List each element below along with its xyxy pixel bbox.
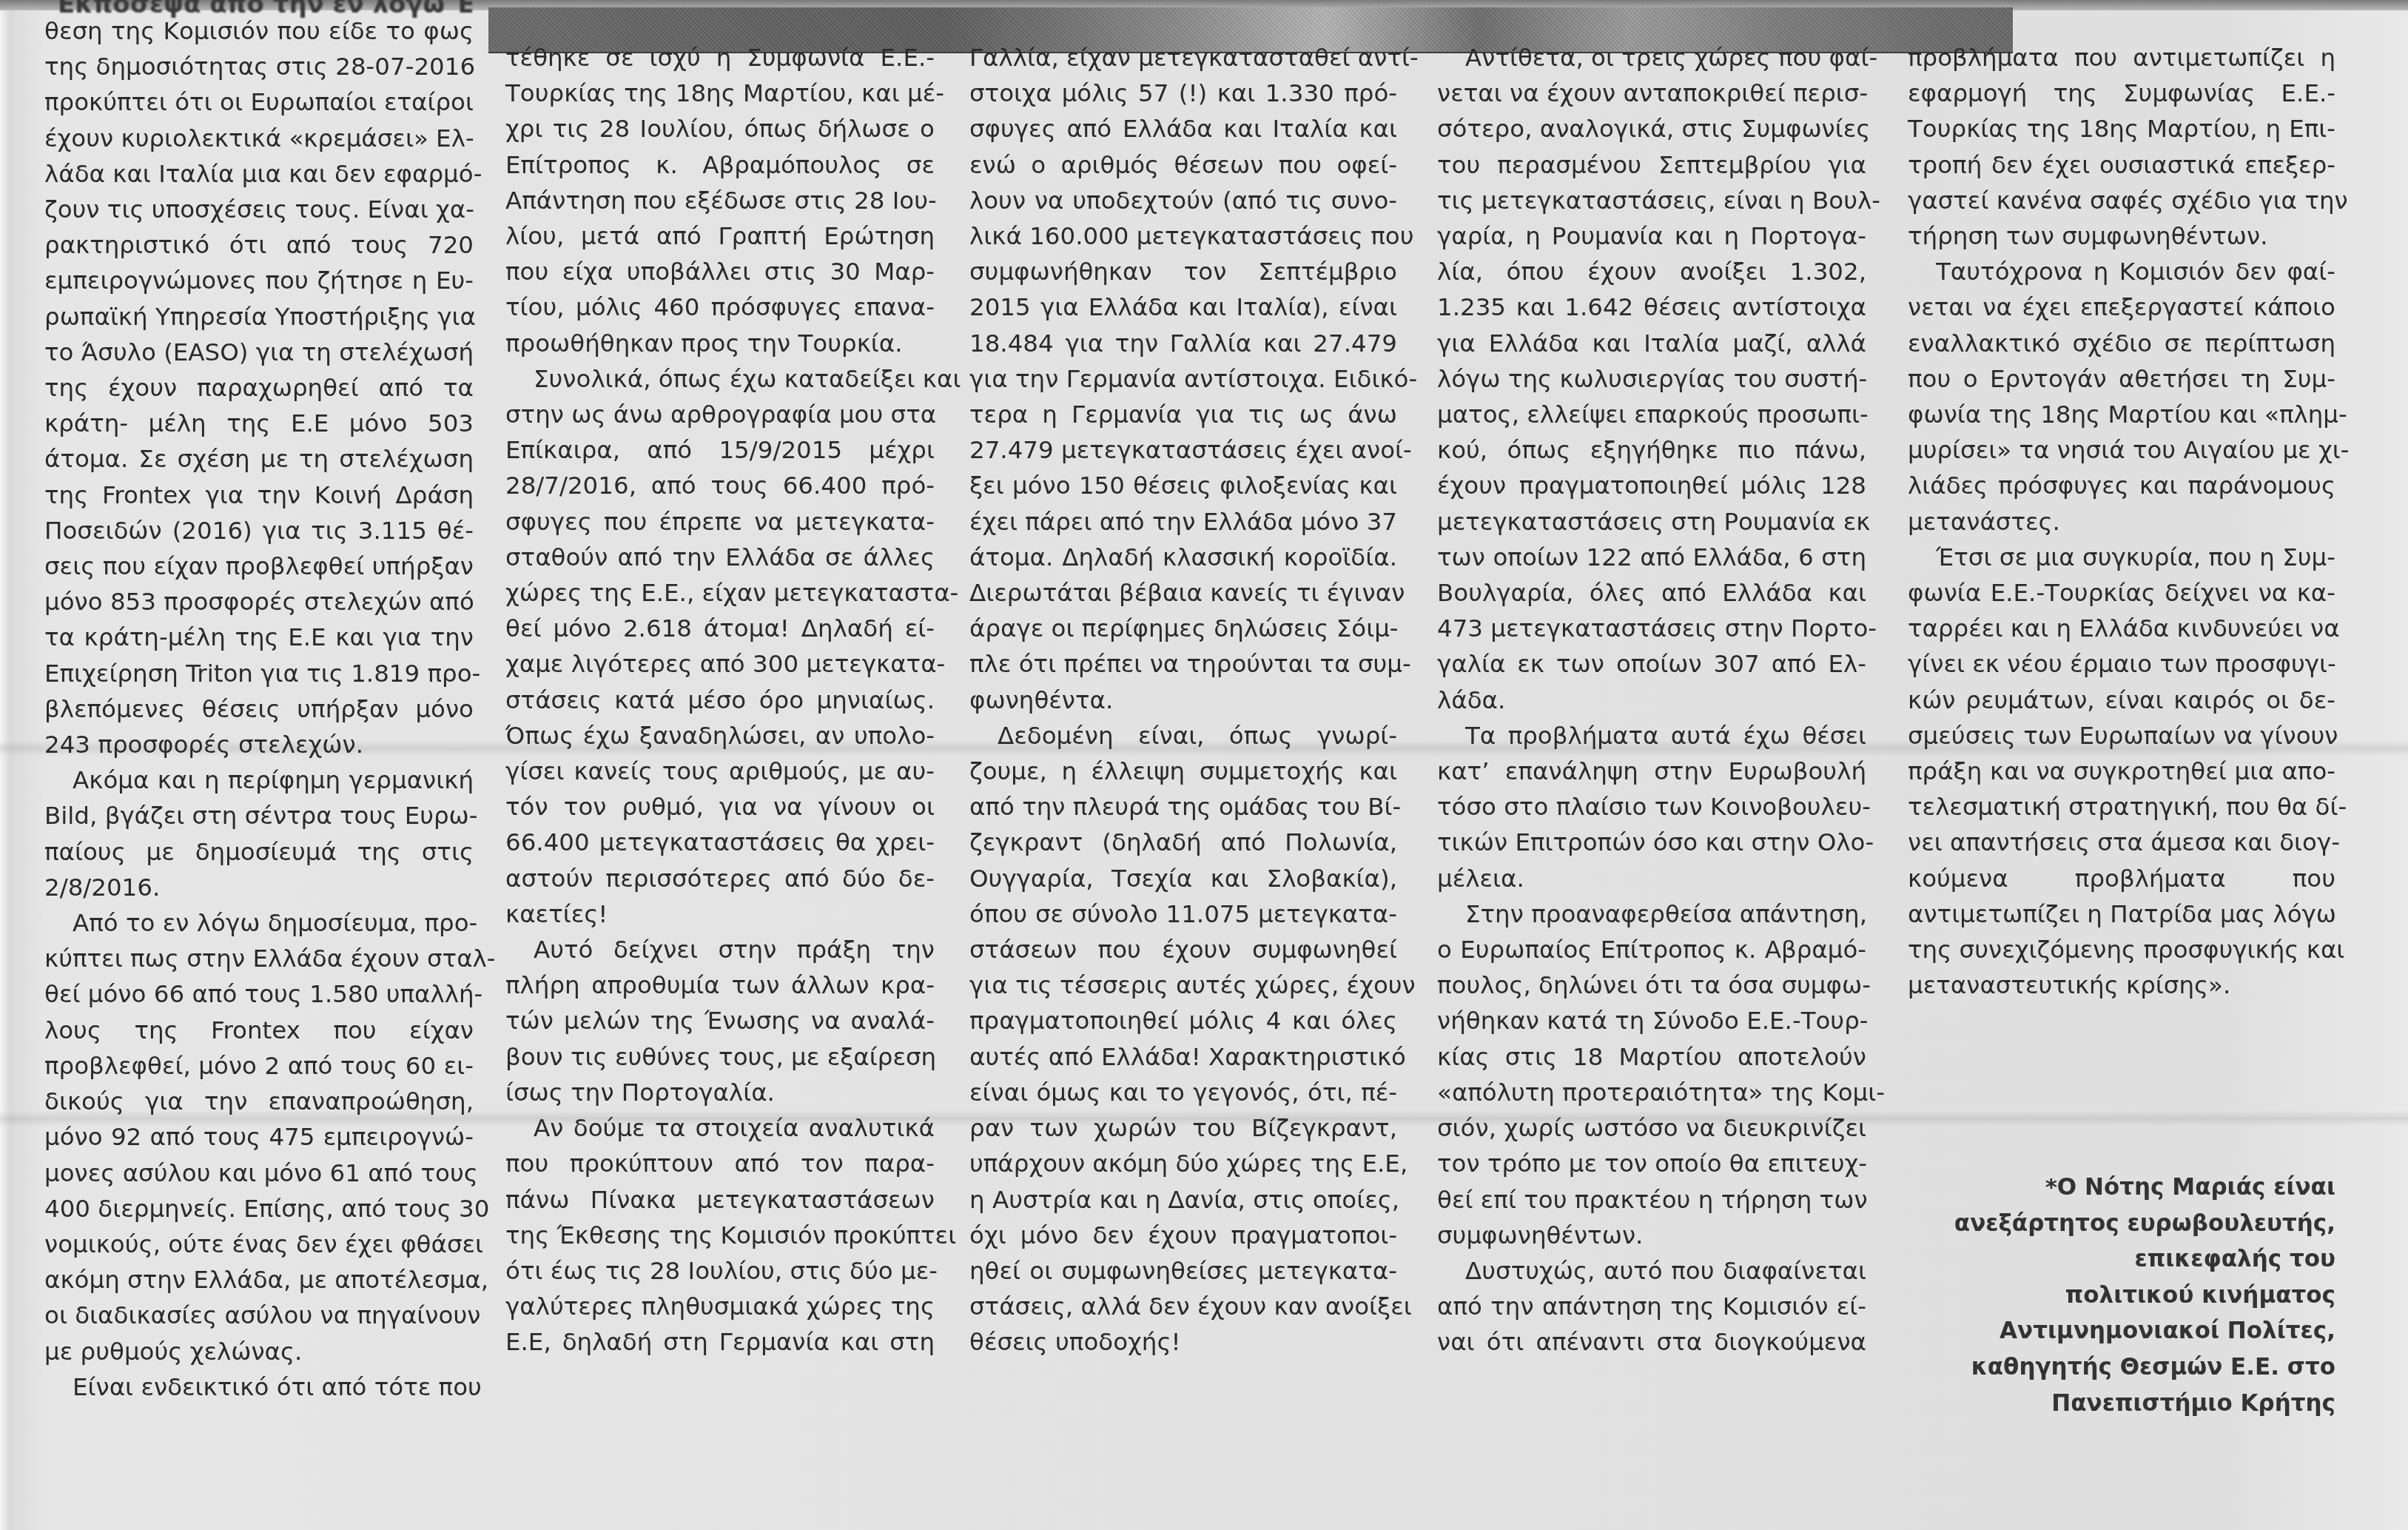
article-line: νεται να έχει επεξεργαστεί κάποιο <box>1908 289 2335 325</box>
article-line: βουν τις ευθύνες τους, με εξαίρεση <box>505 1039 935 1075</box>
article-line: ρακτηριστικό ότι από τους 720 <box>44 227 474 263</box>
article-line: τήρηση των συμφωνηθέντων. <box>1908 218 2335 254</box>
article-line: κών ρευμάτων, είναι καιρός οι δε- <box>1908 682 2335 718</box>
article-line: στάσεων που έχουν συμφωνηθεί <box>969 932 1397 967</box>
article-paragraph: τέθηκε σε ισχύ η Συμφωνία Ε.Ε.-Τουρκίας … <box>505 40 935 361</box>
article-line: ζουν τις υποσχέσεις τους. Είναι χα- <box>44 192 474 227</box>
article-line: μόνο 853 προσφορές στελεχών από <box>44 584 474 620</box>
article-line: θεί επί του πρακτέου η τήρηση των <box>1437 1182 1866 1218</box>
article-line: γίσει κανείς τους αριθμούς, με αυ- <box>505 754 935 789</box>
article-column-5: προβλήματα που αντιμετωπίζει ηεφαρμογή τ… <box>1908 40 2335 1003</box>
article-line: σφυγες που έπρεπε να μετεγκατα- <box>505 504 935 540</box>
author-bio-line: Πανεπιστήμιο Κρήτης <box>1908 1386 2335 1422</box>
article-line: κύπτει πως στην Ελλάδα έχουν σταλ- <box>44 941 474 976</box>
article-line: βλεπόμενες θέσεις υπήρξαν μόνο <box>44 691 474 727</box>
article-line: τίου, μόλις 460 πρόσφυγες επανα- <box>505 289 935 325</box>
article-line: κούμενα προβλήματα που <box>1908 861 2335 896</box>
article-line: ζουμε, η έλλειψη συμμετοχής και <box>969 754 1397 789</box>
article-line: λουν να υποδεχτούν (από τις συνο- <box>969 183 1397 218</box>
article-line: γίνει εκ νέου έρμαιο των προσφυγι- <box>1908 646 2335 682</box>
author-bio-line: καθηγητής Θεσμών Ε.Ε. στο <box>1908 1349 2335 1386</box>
article-line: λιάδες πρόσφυγες και παράνομους <box>1908 468 2335 503</box>
article-line: άραγε οι περίφημες δηλώσεις Σόιμ- <box>969 611 1397 646</box>
article-line: Διερωτάται βέβαια κανείς τι έγιναν <box>969 575 1397 611</box>
article-paragraph: Γαλλία, είχαν μετεγκατασταθεί αντί-στοιχ… <box>969 40 1397 718</box>
article-line: της συνεχιζόμενης προσφυγικής και <box>1908 932 2335 967</box>
article-line: τροπή δεν έχει ουσιαστικά επεξερ- <box>1908 147 2335 183</box>
article-line: σμεύσεις των Ευρωπαίων να γίνουν <box>1908 718 2335 754</box>
article-line: ίσως την Πορτογαλία. <box>505 1075 935 1110</box>
article-paragraph: Στην προαναφερθείσα απάντηση,ο Ευρωπαίος… <box>1437 896 1866 1253</box>
article-line: για Ελλάδα και Ιταλία μαζί, αλλά <box>1437 326 1866 361</box>
article-line: Επίκαιρα, από 15/9/2015 μέχρι <box>505 432 935 468</box>
article-line: πράξη και να συγκροτηθεί μια απο- <box>1908 754 2335 789</box>
article-line: Έτσι σε μια συγκυρία, που η Συμ- <box>1908 540 2335 575</box>
article-line: τερα η Γερμανία για τις ως άνω <box>969 397 1397 432</box>
article-line: του περασμένου Σεπτεμβρίου για <box>1437 147 1866 183</box>
article-line: Τα προβλήματα αυτά έχω θέσει <box>1437 718 1866 754</box>
article-line: για τις τέσσερις αυτές χώρες, έχουν <box>969 967 1397 1003</box>
article-line: τέθηκε σε ισχύ η Συμφωνία Ε.Ε.- <box>505 40 935 76</box>
article-line: λόγω της κωλυσιεργίας του συστή- <box>1437 361 1866 397</box>
article-line: Από το εν λόγω δημοσίευμα, προ- <box>44 905 474 941</box>
article-line: «απόλυτη προτεραιότητα» της Κομι- <box>1437 1075 1866 1110</box>
article-line: ρωπαϊκή Υπηρεσία Υποστήριξης για <box>44 299 474 335</box>
article-line: Ε.Ε, δηλαδή στη Γερμανία και στη <box>505 1324 935 1360</box>
article-line: 66.400 μετεγκαταστάσεις θα χρει- <box>505 825 935 860</box>
article-line: που είχα υποβάλλει στις 30 Μαρ- <box>505 254 935 289</box>
article-line: σιόν, χωρίς ωστόσο να διευκρινίζει <box>1437 1110 1866 1146</box>
article-line: 2/8/2016. <box>44 870 474 905</box>
article-paragraph: Έτσι σε μια συγκυρία, που η Συμ-φωνία Ε.… <box>1908 540 2335 1004</box>
article-paragraph: Είναι ενδεικτικό ότι από τότε που <box>44 1369 474 1405</box>
article-line: σφυγες από Ελλάδα και Ιταλία και <box>969 111 1397 147</box>
article-line: Στην προαναφερθείσα απάντηση, <box>1437 896 1866 932</box>
article-line: φωνία της 18ης Μαρτίου και «πλημ- <box>1908 397 2335 432</box>
article-line: πουλος, δηλώνει ότι τα όσα συμφω- <box>1437 967 1866 1003</box>
article-paragraph: Αν δούμε τα στοιχεία αναλυτικάπου προκύπ… <box>505 1110 935 1360</box>
article-paragraph: Δεδομένη είναι, όπως γνωρί-ζουμε, η έλλε… <box>969 718 1397 1360</box>
article-line: θεί μόνο 2.618 άτομα! Δηλαδή εί- <box>505 611 935 646</box>
article-line: δικούς για την επαναπροώθηση, <box>44 1084 474 1119</box>
article-column-3: Γαλλία, είχαν μετεγκατασταθεί αντί-στοιχ… <box>969 40 1397 1360</box>
article-line: προβλεφθεί, μόνο 2 από τους 60 ει- <box>44 1048 474 1084</box>
newspaper-page: Εκπόσεψα από την εν λόγω Έκ- θεση της Κο… <box>0 0 2408 1530</box>
article-line: 1.235 και 1.642 θέσεις αντίστοιχα <box>1437 289 1866 325</box>
article-line: Ποσειδών (2016) για τις 3.115 θέ- <box>44 513 474 548</box>
article-line: που ο Ερντογάν αθετήσει τη Συμ- <box>1908 361 2335 397</box>
article-column-1: θεση της Κομισιόν που είδε το φωςτης δημ… <box>44 13 474 1405</box>
article-line: Είναι ενδεικτικό ότι από τότε που <box>44 1369 474 1405</box>
article-line: στάσεις κατά μέσο όρο μηνιαίως. <box>505 682 935 718</box>
article-line: γαστεί κανένα σαφές σχέδιο για την <box>1908 183 2335 218</box>
article-line: Επιχείρηση Triton για τις 1.819 προ- <box>44 656 474 691</box>
article-line: Ακόμα και η περίφημη γερμανική <box>44 762 474 798</box>
article-line: που προκύπτουν από τον παρα- <box>505 1146 935 1181</box>
article-line: παίους με δημοσίευμά της στις <box>44 834 474 870</box>
article-paragraph: Ακόμα και η περίφημη γερμανικήBild, βγάζ… <box>44 762 474 905</box>
article-line: υπάρχουν ακόμη δύο χώρες της Ε.Ε, <box>969 1146 1397 1181</box>
article-line: 400 διερμηνείς. Επίσης, από τους 30 <box>44 1191 474 1227</box>
article-line: λία, όπου έχουν ανοίξει 1.302, <box>1437 254 1866 289</box>
article-line: πάνω Πίνακα μετεγκαταστάσεων <box>505 1182 935 1218</box>
article-line: εμπειρογνώμονες που ζήτησε η Ευ- <box>44 263 474 298</box>
article-line: Τουρκίας της 18ης Μαρτίου, η Επι- <box>1908 111 2335 147</box>
article-line: της έχουν παραχωρηθεί από τα <box>44 370 474 406</box>
article-line: καετίες! <box>505 896 935 932</box>
article-line: λους της Frontex που είχαν <box>44 1013 474 1048</box>
article-line: πλήρη απροθυμία των άλλων κρα- <box>505 967 935 1003</box>
article-line: ναι ότι απέναντι στα διογκούμενα <box>1437 1324 1866 1360</box>
article-line: άτομα. Σε σχέση με τη στελέχωση <box>44 441 474 477</box>
article-line: Δεδομένη είναι, όπως γνωρί- <box>969 718 1397 754</box>
article-paragraph: Από το εν λόγω δημοσίευμα, προ-κύπτει πω… <box>44 905 474 1369</box>
article-line: σότερο, αναλογικά, στις Συμφωνίες <box>1437 111 1866 147</box>
article-line: χαμε λιγότερες από 300 μετεγκατα- <box>505 646 935 682</box>
article-paragraph: Συνολικά, όπως έχω καταδείξει καιστην ως… <box>505 361 935 932</box>
article-line: κράτη- μέλη της Ε.Ε μόνο 503 <box>44 406 474 441</box>
article-line: συμφωνηθέντων. <box>1437 1218 1866 1253</box>
article-line: είναι όμως και το γεγονός, ότι, πέ- <box>969 1075 1397 1110</box>
author-bio: *Ο Νότης Μαριάς είναι ανεξάρτητος ευρωβο… <box>1908 1170 2335 1421</box>
article-line: κού, όπως εξηγήθηκε πιο πάνω, <box>1437 432 1866 468</box>
article-line: της δημοσιότητας στις 28-07-2016 <box>44 49 474 84</box>
article-line: έχουν κυριολεκτικά «κρεμάσει» Ελ- <box>44 121 474 156</box>
article-line: ο Ευρωπαίος Επίτροπος κ. Αβραμό- <box>1437 932 1866 967</box>
article-line: μέλεια. <box>1437 861 1866 896</box>
article-line: τελεσματική στρατηγική, που θα δί- <box>1908 789 2335 825</box>
article-line: ακόμη στην Ελλάδα, με αποτέλεσμα, <box>44 1262 474 1298</box>
article-line: φωνηθέντα. <box>969 682 1397 718</box>
article-line: Τουρκίας της 18ης Μαρτίου, και μέ- <box>505 76 935 111</box>
article-line: στάσεις, αλλά δεν έχουν καν ανοίξει <box>969 1289 1397 1324</box>
article-line: ραν των χωρών του Βίζεγκραντ, <box>969 1110 1397 1146</box>
article-line: τικών Επιτροπών όσο και στην Ολο- <box>1437 825 1866 860</box>
article-line: τις μετεγκαταστάσεις, είναι η Βουλ- <box>1437 183 1866 218</box>
article-line: κατ’ επανάληψη στην Ευρωβουλή <box>1437 754 1866 789</box>
article-line: προωθήθηκαν προς την Τουρκία. <box>505 326 935 361</box>
article-paragraph: Ταυτόχρονα η Κομισιόν δεν φαί-νεται να έ… <box>1908 254 2335 540</box>
article-line: της Έκθεσης της Κομισιόν προκύπτει <box>505 1218 935 1253</box>
article-line: Δυστυχώς, αυτό που διαφαίνεται <box>1437 1253 1866 1289</box>
article-line: μετεγκαταστάσεις στη Ρουμανία εκ <box>1437 504 1866 540</box>
article-line: προκύπτει ότι οι Ευρωπαίοι εταίροι <box>44 84 474 120</box>
article-line: Αντίθετα, οι τρεις χώρες που φαί- <box>1437 40 1866 76</box>
article-line: για την Γερμανία αντίστοιχα. Ειδικό- <box>969 361 1397 397</box>
article-line: χώρες της Ε.Ε., είχαν μετεγκαταστα- <box>505 575 935 611</box>
article-line: πραγματοποιηθεί μόλις 4 και όλες <box>969 1003 1397 1039</box>
article-line: Ουγγαρία, Τσεχία και Σλοβακία), <box>969 861 1397 896</box>
article-line: ταρρέει και η Ελλάδα κινδυνεύει να <box>1908 611 2335 646</box>
article-line: το Άσυλο (EASO) για τη στελέχωσή <box>44 335 474 370</box>
article-line: τών μελών της Ένωσης να αναλά- <box>505 1003 935 1039</box>
article-line: θεί μόνο 66 από τους 1.580 υπαλλή- <box>44 976 474 1012</box>
article-line: από την απάντηση της Κομισιόν εί- <box>1437 1289 1866 1324</box>
article-line: της Frontex για την Κοινή Δράση <box>44 477 474 513</box>
article-line: οι διαδικασίες ασύλου να πηγαίνουν <box>44 1298 474 1333</box>
article-line: 28/7/2016, από τους 66.400 πρό- <box>505 468 935 503</box>
article-line: συμφωνήθηκαν τον Σεπτέμβριο <box>969 254 1397 289</box>
article-line: ζεγκραντ (δηλαδή από Πολωνία, <box>969 825 1397 860</box>
article-line: μετανάστες. <box>1908 504 2335 540</box>
article-paragraph: Δυστυχώς, αυτό που διαφαίνεταιαπό την απ… <box>1437 1253 1866 1360</box>
article-line: Επίτροπος κ. Αβραμόπουλος σε <box>505 147 935 183</box>
article-line: Αν δούμε τα στοιχεία αναλυτικά <box>505 1110 935 1146</box>
article-paragraph: θεση της Κομισιόν που είδε το φωςτης δημ… <box>44 13 474 762</box>
article-line: από την πλευρά της ομάδας του Βί- <box>969 789 1397 825</box>
article-line: πλε ότι πρέπει να τηρούνται τα συμ- <box>969 646 1397 682</box>
article-line: ξει μόνο 150 θέσεις φιλοξενίας και <box>969 468 1397 503</box>
article-column-4: Αντίθετα, οι τρεις χώρες που φαί-νεται ν… <box>1437 40 1866 1360</box>
article-line: άτομα. Δηλαδή κλασσική κοροϊδία. <box>969 540 1397 575</box>
article-line: φωνία Ε.Ε.-Τουρκίας δείχνει να κα- <box>1908 575 2335 611</box>
article-column-2: τέθηκε σε ισχύ η Συμφωνία Ε.Ε.-Τουρκίας … <box>505 40 935 1360</box>
article-line: λάδα. <box>1437 682 1866 718</box>
article-line: 18.484 για την Γαλλία και 27.479 <box>969 326 1397 361</box>
article-line: ότι έως τις 28 Ιουλίου, στις δύο με- <box>505 1253 935 1289</box>
article-line: Όπως έχω ξαναδηλώσει, αν υπολο- <box>505 718 935 754</box>
article-line: ενώ ο αριθμός θέσεων που οφεί- <box>969 147 1397 183</box>
article-line: στοιχα μόλις 57 (!) και 1.330 πρό- <box>969 76 1397 111</box>
author-bio-line: επικεφαλής του <box>1908 1241 2335 1278</box>
article-line: θέσεις υποδοχής! <box>969 1324 1397 1360</box>
article-line: λίου, μετά από Γραπτή Ερώτηση <box>505 218 935 254</box>
article-line: Αυτό δείχνει στην πράξη την <box>505 932 935 967</box>
article-line: μυρίσει» τα νησιά του Αιγαίου με χι- <box>1908 432 2335 468</box>
article-line: εναλλακτικό σχέδιο σε περίπτωση <box>1908 326 2335 361</box>
article-line: Ταυτόχρονα η Κομισιόν δεν φαί- <box>1908 254 2335 289</box>
article-line: νομικούς, ούτε ένας δεν έχει φθάσει <box>44 1227 474 1262</box>
article-line: Bild, βγάζει στη σέντρα τους Ευρω- <box>44 798 474 833</box>
article-paragraph: προβλήματα που αντιμετωπίζει ηεφαρμογή τ… <box>1908 40 2335 254</box>
article-line: 2015 για Ελλάδα και Ιταλία), είναι <box>969 289 1397 325</box>
article-line: γαρία, η Ρουμανία και η Πορτογα- <box>1437 218 1866 254</box>
article-line: με ρυθμούς χελώνας. <box>44 1334 474 1369</box>
article-line: τον τρόπο με τον οποίο θα επιτευχ- <box>1437 1146 1866 1181</box>
article-line: θεση της Κομισιόν που είδε το φως <box>44 13 474 49</box>
article-line: Βουλγαρία, όλες από Ελλάδα και <box>1437 575 1866 611</box>
article-line: η Αυστρία και η Δανία, στις οποίες, <box>969 1182 1397 1218</box>
article-line: σταθούν από την Ελλάδα σε άλλες <box>505 540 935 575</box>
article-line: τα κράτη-μέλη της Ε.Ε και για την <box>44 620 474 655</box>
article-line: γαλία εκ των οποίων 307 από Ελ- <box>1437 646 1866 682</box>
article-line: λικά 160.000 μετεγκαταστάσεις που <box>969 218 1397 254</box>
article-line: εφαρμογή της Συμφωνίας Ε.Ε.- <box>1908 76 2335 111</box>
article-line: 473 μετεγκαταστάσεις στην Πορτο- <box>1437 611 1866 646</box>
author-bio-line: πολιτικού κινήματος <box>1908 1278 2335 1314</box>
article-line: ματος, ελλείψει επαρκούς προσωπι- <box>1437 397 1866 432</box>
article-line: έχουν πραγματοποιηθεί μόλις 128 <box>1437 468 1866 503</box>
article-paragraph: Αντίθετα, οι τρεις χώρες που φαί-νεται ν… <box>1437 40 1866 718</box>
article-line: νεται να έχουν ανταποκριθεί περισ- <box>1437 76 1866 111</box>
article-line: αστούν περισσότερες από δύο δε- <box>505 861 935 896</box>
article-line: σεις που είχαν προβλεφθεί υπήρξαν <box>44 548 474 584</box>
article-line: αυτές από Ελλάδα! Χαρακτηριστικό <box>969 1039 1397 1075</box>
article-paragraph: Αυτό δείχνει στην πράξη τηνπλήρη απροθυμ… <box>505 932 935 1110</box>
author-bio-line: Αντιμνημονιακοί Πολίτες, <box>1908 1313 2335 1349</box>
article-line: των οποίων 122 από Ελλάδα, 6 στη <box>1437 540 1866 575</box>
article-line: όπου σε σύνολο 11.075 μετεγκατα- <box>969 896 1397 932</box>
article-line: γαλύτερες πληθυσμιακά χώρες της <box>505 1289 935 1324</box>
article-line: έχει πάρει από την Ελλάδα μόνο 37 <box>969 504 1397 540</box>
article-line: προβλήματα που αντιμετωπίζει η <box>1908 40 2335 76</box>
article-line: Συνολικά, όπως έχω καταδείξει και <box>505 361 935 397</box>
article-line: όχι μόνο δεν έχουν πραγματοποι- <box>969 1218 1397 1253</box>
article-line: χρι τις 28 Ιουλίου, όπως δήλωσε ο <box>505 111 935 147</box>
article-line: 243 προσφορές στελεχών. <box>44 727 474 762</box>
article-line: λάδα και Ιταλία μια και δεν εφαρμό- <box>44 156 474 192</box>
author-bio-line: ανεξάρτητος ευρωβουλευτής, <box>1908 1206 2335 1242</box>
article-line: μόνο 92 από τους 475 εμπειρογνώ- <box>44 1119 474 1155</box>
article-line: μονες ασύλου και μόνο 61 από τους <box>44 1155 474 1191</box>
article-line: Γαλλία, είχαν μετεγκατασταθεί αντί- <box>969 40 1397 76</box>
article-line: αντιμετωπίζει η Πατρίδα μας λόγω <box>1908 896 2335 932</box>
article-line: μεταναστευτικής κρίσης». <box>1908 967 2335 1003</box>
article-line: τόσο στο πλαίσιο των Κοινοβουλευ- <box>1437 789 1866 825</box>
article-line: Απάντηση που εξέδωσε στις 28 Ιου- <box>505 183 935 218</box>
article-line: κίας στις 18 Μαρτίου αποτελούν <box>1437 1039 1866 1075</box>
article-line: στην ως άνω αρθρογραφία μου στα <box>505 397 935 432</box>
article-line: τόν τον ρυθμό, για να γίνουν οι <box>505 789 935 825</box>
article-line: ηθεί οι συμφωνηθείσες μετεγκατα- <box>969 1253 1397 1289</box>
author-bio-line: *Ο Νότης Μαριάς είναι <box>1908 1170 2335 1206</box>
article-paragraph: Τα προβλήματα αυτά έχω θέσεικατ’ επανάλη… <box>1437 718 1866 896</box>
article-line: νει απαντήσεις στα άμεσα και διογ- <box>1908 825 2335 860</box>
article-line: 27.479 μετεγκαταστάσεις έχει ανοί- <box>969 432 1397 468</box>
article-line: νήθηκαν κατά τη Σύνοδο Ε.Ε.-Τουρ- <box>1437 1003 1866 1039</box>
